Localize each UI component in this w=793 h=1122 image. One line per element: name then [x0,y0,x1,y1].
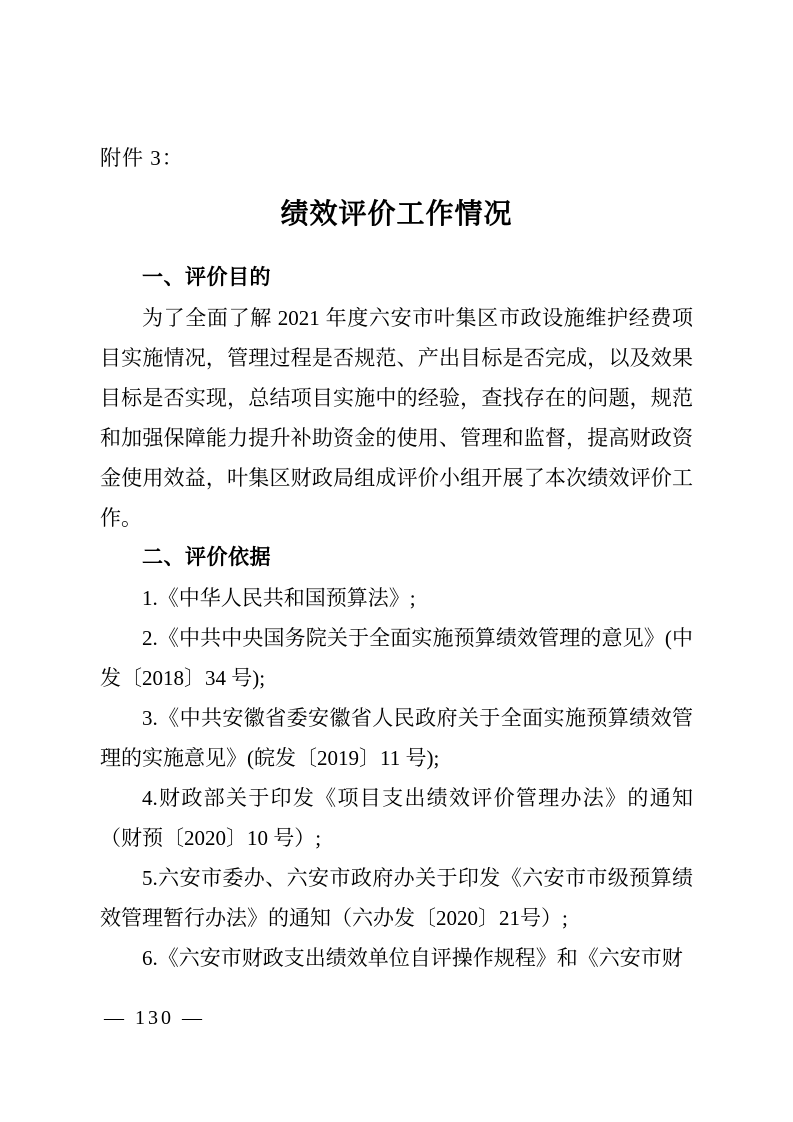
document-page: 附件 3： 绩效评价工作情况 一、评价目的 为了全面了解 2021 年度六安市叶… [0,0,793,1122]
reference-item-2: 2.《中共中央国务院关于全面实施预算绩效管理的意见》(中发〔2018〕34 号)… [100,618,693,698]
reference-item-1: 1.《中华人民共和国预算法》; [100,578,693,618]
reference-item-4: 4.财政部关于印发《项目支出绩效评价管理办法》的通知（财预〔2020〕10 号）… [100,778,693,858]
evaluation-purpose-paragraph: 为了全面了解 2021 年度六安市叶集区市政设施维护经费项目实施情况，管理过程是… [100,298,693,538]
section-heading-evaluation-basis: 二、评价依据 [100,538,693,578]
document-title: 绩效评价工作情况 [100,194,693,236]
section-heading-evaluation-purpose: 一、评价目的 [100,258,693,298]
reference-item-6: 6.《六安市财政支出绩效单位自评操作规程》和《六安市财 [100,938,693,978]
reference-item-5: 5.六安市委办、六安市政府办关于印发《六安市市级预算绩效管理暂行办法》的通知（六… [100,858,693,938]
attachment-label: 附件 3： [100,144,693,172]
page-number: — 130 — [104,1002,205,1034]
reference-item-3: 3.《中共安徽省委安徽省人民政府关于全面实施预算绩效管理的实施意见》(皖发〔20… [100,698,693,778]
